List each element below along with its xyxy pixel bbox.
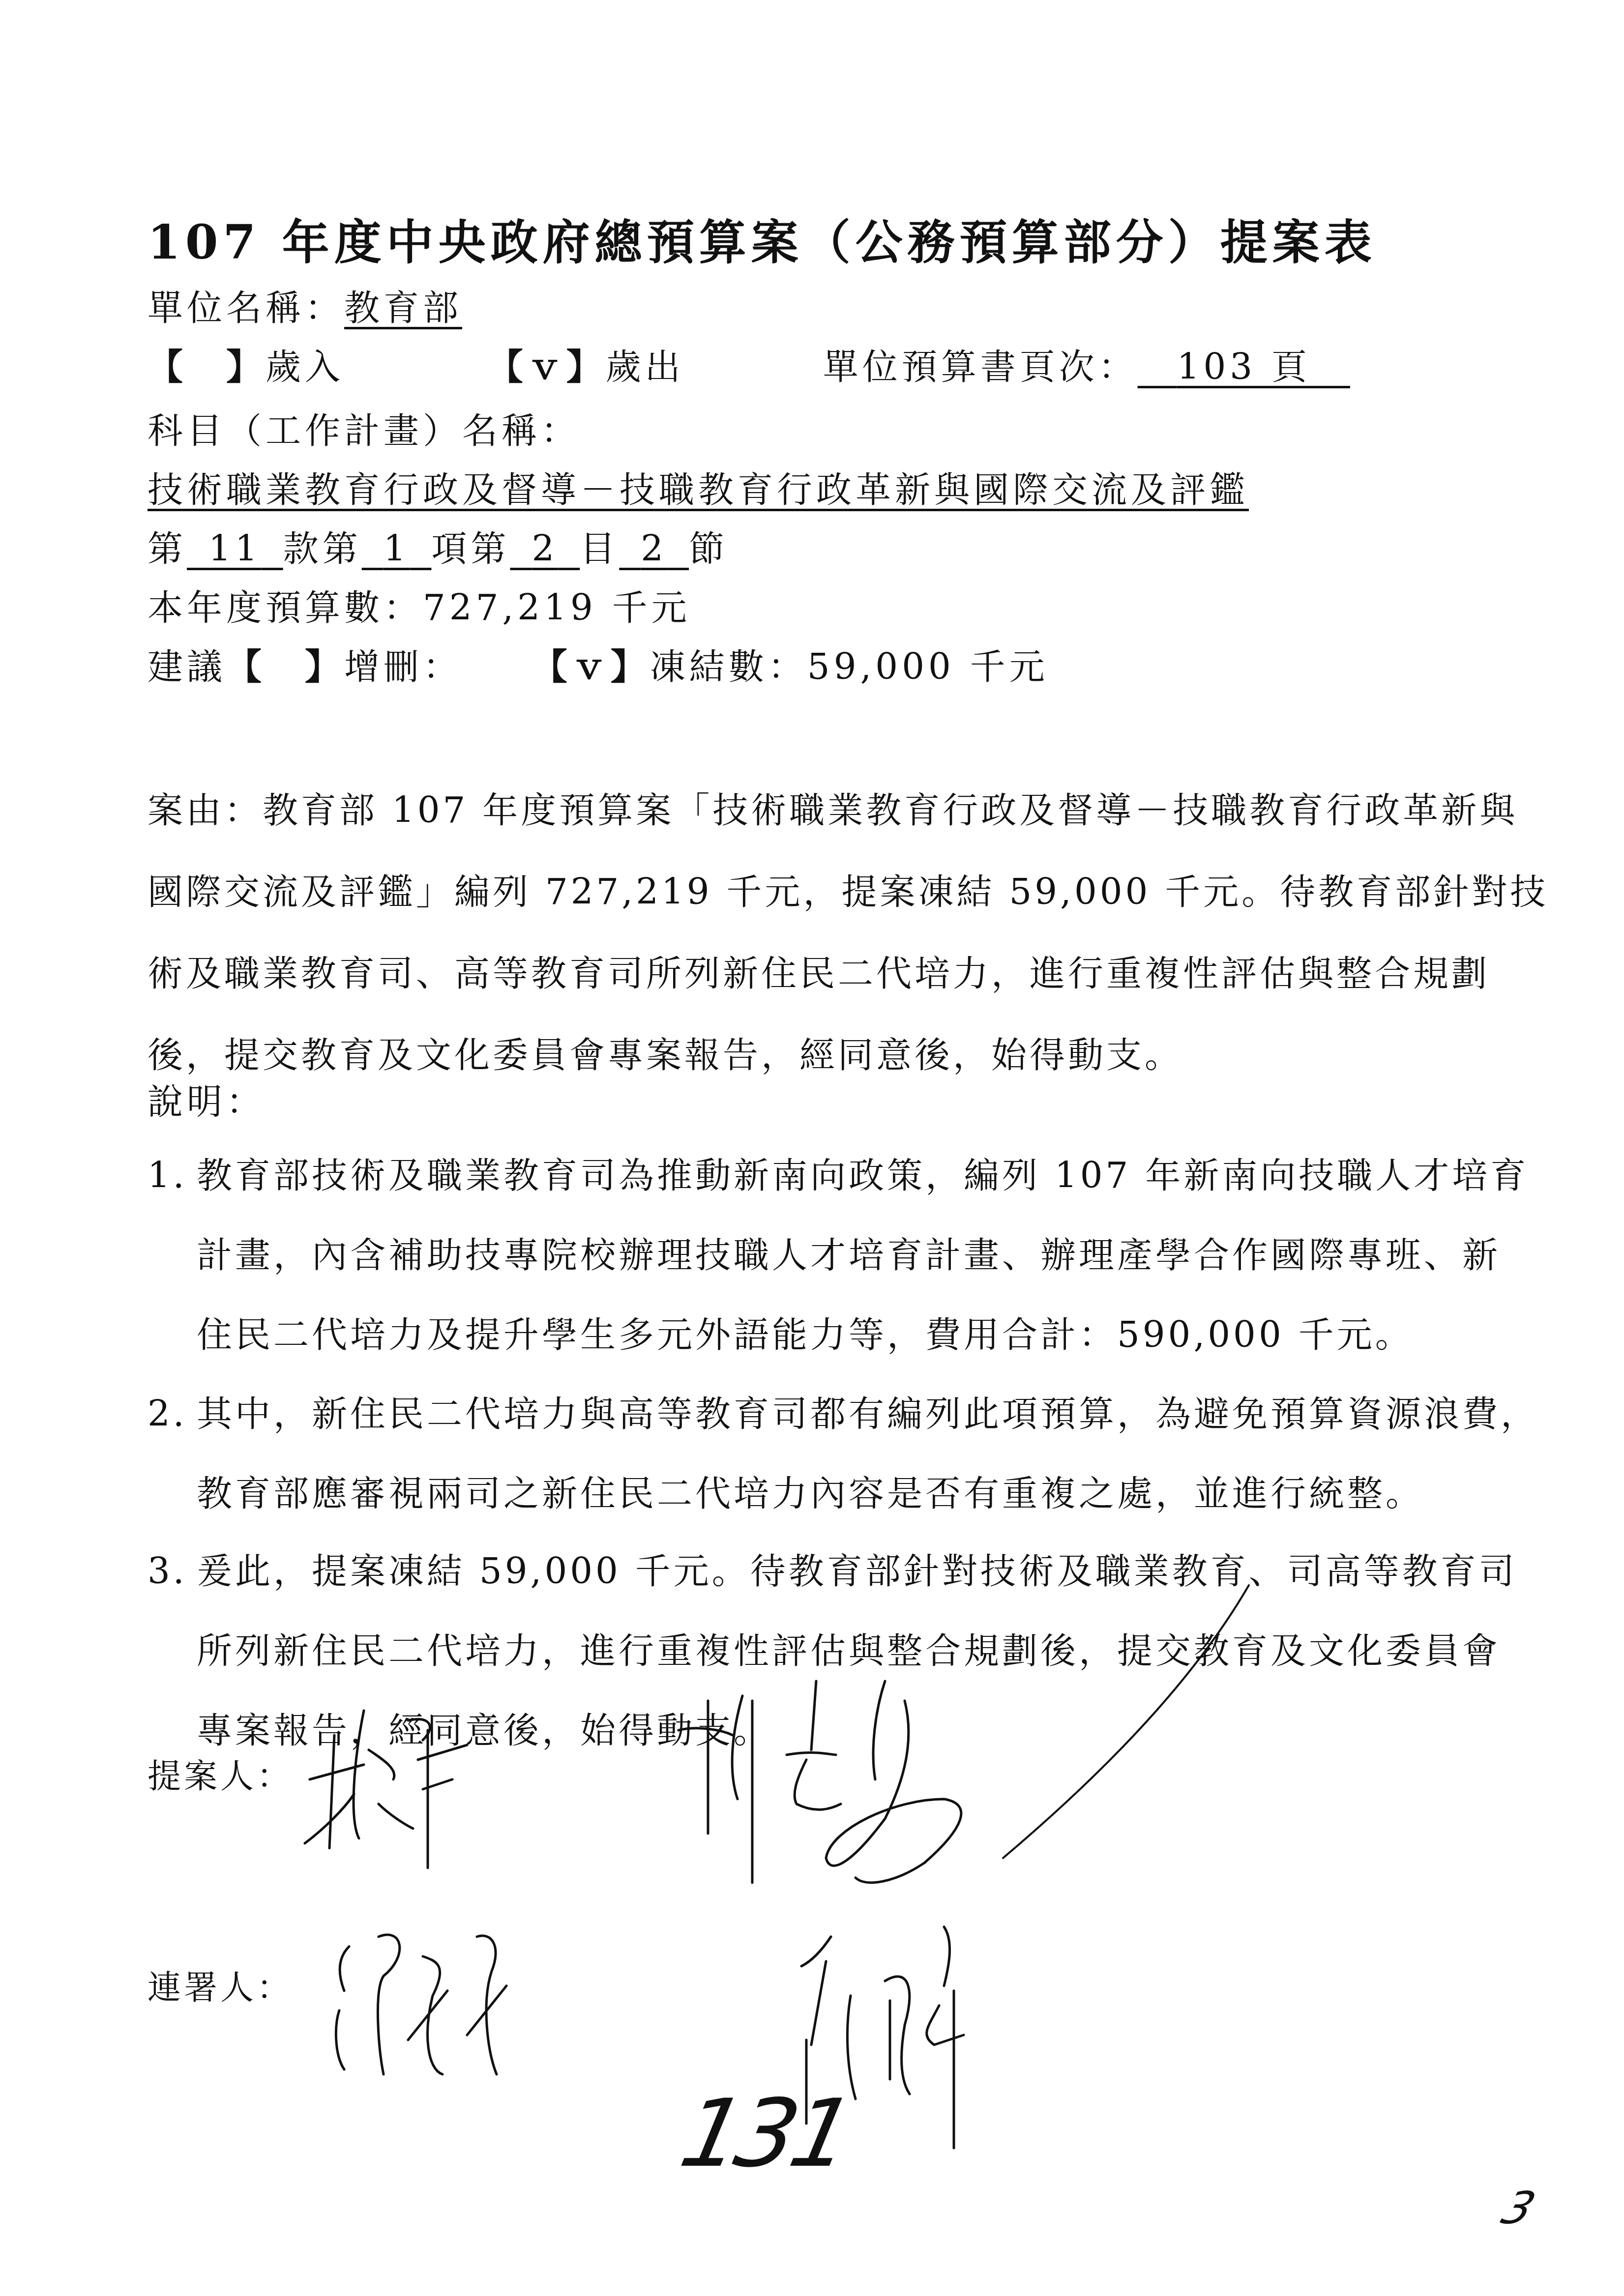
signature-cosigner-1	[334, 1927, 708, 2104]
signature-proposer-2	[669, 1671, 1062, 1892]
handwritten-number: 131	[672, 2079, 859, 2188]
cosigner-label: 連署人：	[148, 1961, 293, 2009]
proposer-label: 提案人：	[148, 1750, 293, 1798]
signature-proposer-1	[305, 1681, 600, 1878]
proposal-form-page: 107 年度中央政府總預算案（公務預算部分）提案表 單位名稱：教育部 【 】歲入…	[0, 0, 1624, 2296]
